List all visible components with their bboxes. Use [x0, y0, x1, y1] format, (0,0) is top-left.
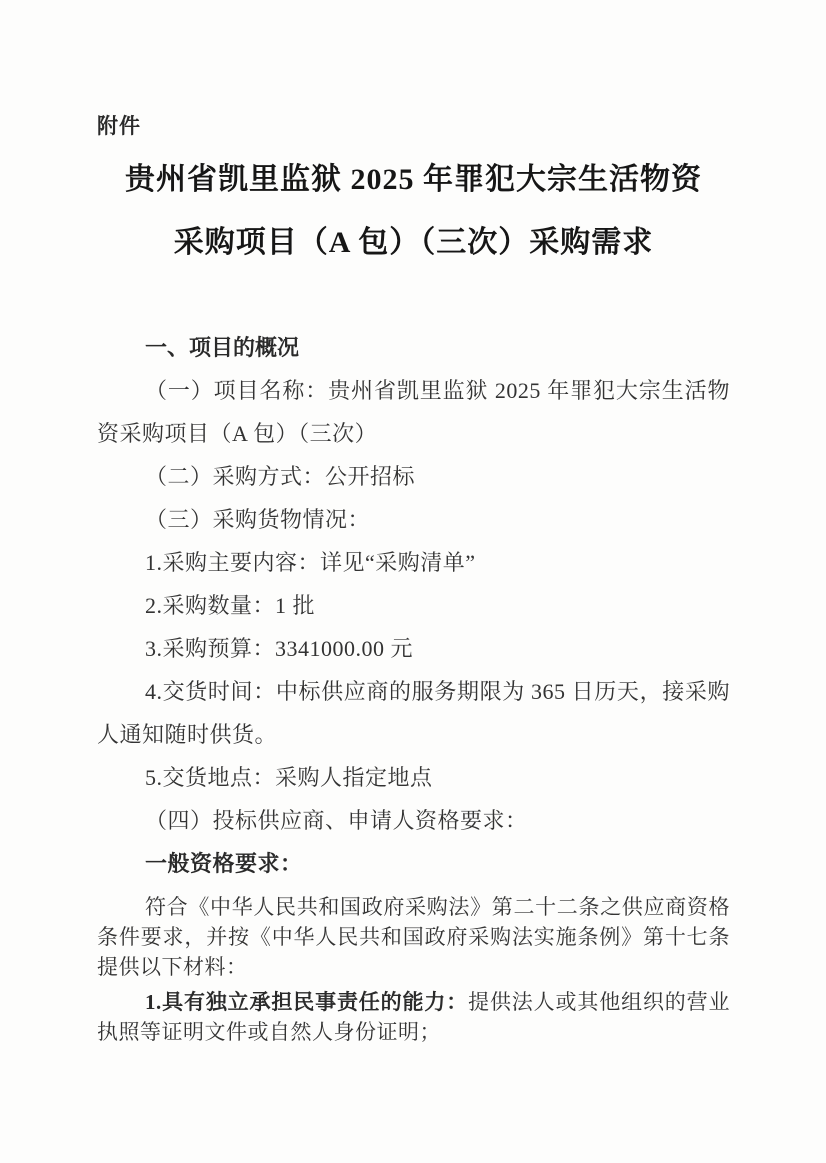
attachment-label: 附件 — [97, 114, 730, 140]
qualification-item-1: 1.具有独立承担民事责任的能力：提供法人或其他组织的营业执照等证明文件或自然人身… — [97, 987, 730, 1047]
para-procurement-method: （二）采购方式：公开招标 — [97, 455, 730, 498]
para-budget: 3.采购预算：3341000.00 元 — [97, 627, 730, 670]
qualification-item-1-lead: 1.具有独立承担民事责任的能力： — [145, 990, 468, 1014]
document-title: 贵州省凯里监狱 2025 年罪犯大宗生活物资 采购项目（A 包）（三次）采购需求 — [97, 148, 730, 274]
qualification-heading: 一般资格要求： — [97, 842, 730, 885]
para-bidder-requirements: （四）投标供应商、申请人资格要求： — [97, 799, 730, 842]
document-page: 附件 贵州省凯里监狱 2025 年罪犯大宗生活物资 采购项目（A 包）（三次）采… — [0, 0, 826, 1163]
section-heading-overview: 一、项目的概况 — [97, 326, 730, 369]
title-line-2: 采购项目（A 包）（三次）采购需求 — [97, 211, 730, 274]
para-quantity: 2.采购数量：1 批 — [97, 584, 730, 627]
para-delivery-time: 4.交货时间：中标供应商的服务期限为 365 日历天，接采购人通知随时供货。 — [97, 670, 730, 756]
para-project-name: （一）项目名称：贵州省凯里监狱 2025 年罪犯大宗生活物资采购项目（A 包）（… — [97, 369, 730, 455]
para-goods-overview: （三）采购货物情况： — [97, 498, 730, 541]
qualification-intro: 符合《中华人民共和国政府采购法》第二十二条之供应商资格条件要求，并按《中华人民共… — [97, 892, 730, 982]
title-line-1: 贵州省凯里监狱 2025 年罪犯大宗生活物资 — [97, 148, 730, 211]
para-main-content: 1.采购主要内容：详见“采购清单” — [97, 541, 730, 584]
para-delivery-place: 5.交货地点：采购人指定地点 — [97, 756, 730, 799]
